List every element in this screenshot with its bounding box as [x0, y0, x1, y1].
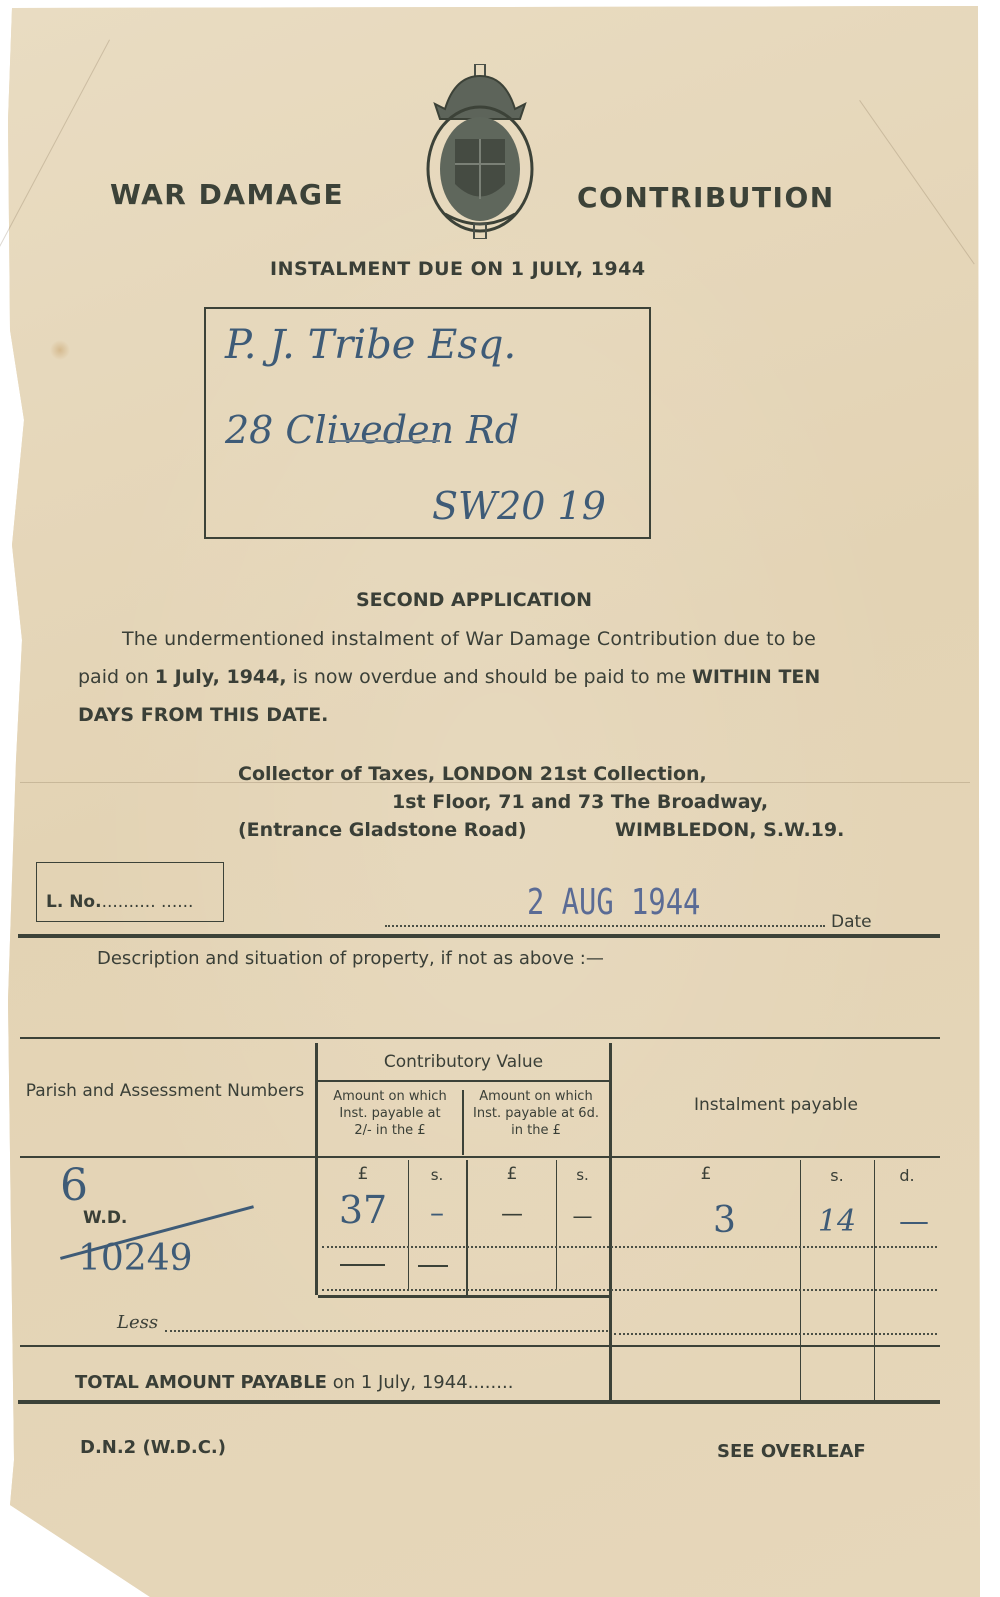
collector-line1: Collector of Taxes, LONDON 21st Collecti… [238, 763, 707, 785]
instalment-pence-value: — [874, 1204, 954, 1239]
instalment-due-subtitle: INSTALMENT DUE ON 1 JULY, 1944 [270, 258, 646, 280]
notice-paragraph-line3: DAYS FROM THIS DATE. [78, 704, 328, 726]
total-date-text: on 1 July, 1944........ [327, 1372, 513, 1393]
unit-shillings: s. [800, 1166, 874, 1185]
collector-line3b: WIMBLEDON, S.W.19. [615, 819, 844, 841]
col-border [462, 1090, 464, 1155]
notice-due-date: 1 July, 1944, [155, 666, 287, 688]
col-border [800, 1160, 801, 1400]
address-name: P. J. Tribe Esq. [225, 322, 516, 368]
heading-text: SECOND APPLICATION [0, 589, 948, 611]
strikethrough-mark [330, 440, 440, 442]
unit-pound: £ [612, 1164, 800, 1184]
form-code: D.N.2 (W.D.C.) [80, 1437, 226, 1458]
date-label: Date [831, 912, 872, 932]
row-dotted-line [322, 1289, 937, 1291]
notice-paragraph-line2: paid on 1 July, 1944, is now overdue and… [78, 666, 820, 688]
parish-code: W.D. [83, 1208, 127, 1228]
unit-pound: £ [318, 1164, 408, 1184]
collector-line3a: (Entrance Gladstone Road) [238, 819, 527, 841]
date-stamp: 2 AUG 1944 [527, 882, 700, 923]
less-dotted-line[interactable] [165, 1330, 608, 1332]
l-no-label: L. No. [46, 892, 102, 912]
contrib-subheader-rule [318, 1080, 609, 1082]
address-postal: SW20 19 [432, 484, 606, 528]
instalment-shillings-value: 14 [800, 1204, 874, 1239]
sub2-shillings-value: — [556, 1204, 609, 1228]
sub1-pounds-value: 37 [318, 1188, 408, 1232]
unit-pound: £ [468, 1164, 556, 1184]
notice-text: paid on [78, 666, 155, 688]
dash-mark [340, 1264, 385, 1266]
notice-paragraph-line1: The undermentioned instalment of War Dam… [122, 628, 816, 650]
date-dotted-line [385, 925, 825, 927]
unit-pence: d. [874, 1166, 940, 1185]
unit-shillings: s. [408, 1166, 466, 1184]
title-left: WAR DAMAGE [110, 178, 344, 211]
l-no-field[interactable]: L. No........... ...... [46, 892, 193, 912]
subtotal-rule [318, 1295, 610, 1298]
second-application-heading: SECOND APPLICATION [0, 589, 948, 611]
sub1-shillings-value: – [408, 1196, 466, 1229]
table-header-rule [20, 1156, 940, 1158]
collector-line2: 1st Floor, 71 and 73 The Broadway, [392, 791, 768, 813]
dash-mark [418, 1265, 448, 1267]
parish-prefix: 6 [60, 1160, 88, 1211]
table-bottom-rule [18, 1400, 940, 1404]
address-street: 28 Cliveden Rd [225, 408, 519, 452]
total-label-text: TOTAL AMOUNT PAYABLE [75, 1372, 327, 1393]
col-border [874, 1160, 875, 1400]
royal-crest-icon [425, 64, 535, 239]
title-right: CONTRIBUTION [577, 181, 835, 214]
instalment-payable-header: Instalment payable [612, 1095, 940, 1115]
unit-shillings: s. [556, 1166, 609, 1184]
divider-rule [20, 1345, 940, 1347]
contributory-value-header: Contributory Value [318, 1052, 609, 1072]
sub2-header: Amount on which Inst. payable at 6d. in … [472, 1088, 600, 1139]
see-overleaf: SEE OVERLEAF [717, 1441, 866, 1462]
parish-number: 10249 [78, 1238, 193, 1279]
sub2-pounds-value: — [468, 1202, 556, 1227]
notice-text: is now overdue and should be paid to me [287, 666, 692, 688]
divider-rule [18, 934, 940, 938]
notice-deadline: WITHIN TEN [692, 666, 820, 688]
less-label: Less [117, 1312, 158, 1333]
row-dotted-line [322, 1246, 937, 1248]
table-top-rule [20, 1037, 940, 1039]
property-description-label: Description and situation of property, i… [97, 948, 604, 969]
parish-column-header: Parish and Assessment Numbers [20, 1080, 310, 1102]
total-amount-label: TOTAL AMOUNT PAYABLE on 1 July, 1944....… [75, 1372, 513, 1393]
row-dotted-line [614, 1333, 937, 1335]
sub1-header: Amount on which Inst. payable at 2/- in … [330, 1088, 450, 1139]
